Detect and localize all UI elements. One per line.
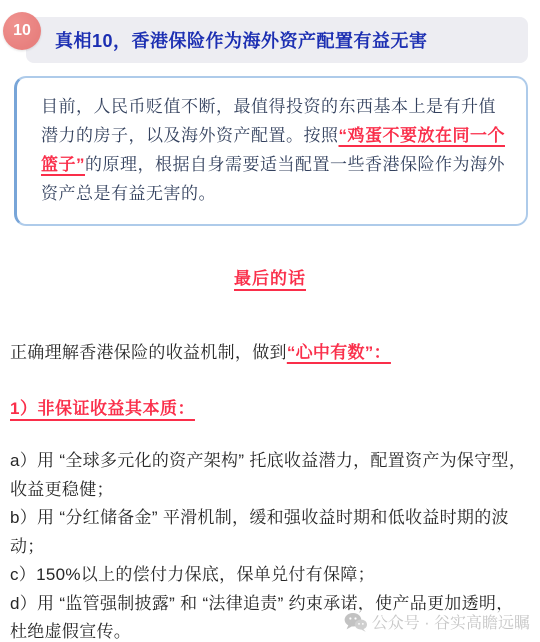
quote-box: 目前，人民币贬值不断，最值得投资的东西基本上是有升值潜力的房子，以及海外资产配置… — [14, 76, 528, 226]
section-header-bar: 10 真相10，香港保险作为海外资产配置有益无害 — [26, 17, 528, 63]
intro-text: 正确理解香港保险的收益机制，做到 — [10, 343, 287, 362]
watermark: 公众号 · 谷实高瞻远瞩 — [340, 610, 530, 633]
closing-heading: 最后的话 — [234, 269, 306, 288]
number-badge: 10 — [3, 12, 41, 50]
section-title: 真相10，香港保险作为海外资产配置有益无害 — [55, 27, 428, 53]
list-item: b）用 “分红储备金” 平滑机制，缓和强收益时期和低收益时期的波动； — [10, 504, 530, 561]
intro-paragraph: 正确理解香港保险的收益机制，做到“心中有数”： — [10, 338, 530, 367]
wechat-icon — [344, 612, 367, 632]
subheading-wrap: 1）非保证收益其本质： — [10, 394, 530, 419]
article-page: { "header": { "badge_number": "10", "tit… — [0, 0, 540, 642]
watermark-text: 公众号 · 谷实高瞻远瞩 — [372, 610, 530, 633]
list-item: c）150%以上的偿付力保底，保单兑付有保障； — [10, 561, 530, 590]
list-item: a）用 “全球多元化的资产架构” 托底收益潜力，配置资产为保守型，收益更稳健； — [10, 447, 530, 504]
intro-highlight: “心中有数”： — [287, 343, 391, 362]
closing-heading-wrap: 最后的话 — [0, 264, 540, 289]
number-badge-label: 10 — [13, 22, 31, 40]
quote-text-after: 的原理，根据自身需要适当配置一些香港保险作为海外资产总是有益无害的。 — [41, 155, 505, 203]
subheading: 1）非保证收益其本质： — [10, 399, 195, 418]
